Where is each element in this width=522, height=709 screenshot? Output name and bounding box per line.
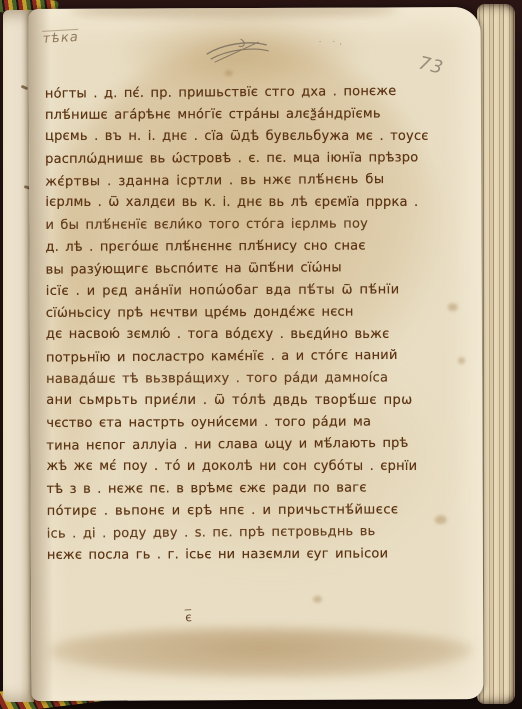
manuscript-line: ани сьмрьть приє́ли . ѿ то́лѣ двдь творѣ… xyxy=(46,390,472,412)
manuscript-line: нєжє посла гь . г. ісьє ни назємли єуг и… xyxy=(47,543,473,567)
manuscript-line: плѣ́нишє ага́рѣнє мно́гїє стра́ны алєѯа́… xyxy=(45,103,471,127)
manuscript-line: тѣ з в . нєжє пє. в врѣмє єжє ради по ва… xyxy=(47,477,473,501)
manuscript-line: дє насвою́ зємлю́ . тога во́дєху . вьєди… xyxy=(46,324,472,346)
quire-signature: є xyxy=(185,610,193,624)
manuscript-line: жє́ртвы . зданна ісртли . вь нжє плѣ́нєн… xyxy=(45,168,471,193)
manuscript-line: но́гты . д. пє́. пр. пришьствїє стго дха… xyxy=(45,80,471,105)
manuscript-line: ісїє . и рєд ана́нїи нопѡ́обаг вда пѣ́ты… xyxy=(46,279,472,303)
stain-bottom-band xyxy=(49,627,473,679)
manuscript-line: сїѡ́ньсісу прѣ нєчтви црє́мь дондє́жє нє… xyxy=(46,301,472,325)
stain xyxy=(68,7,398,19)
manuscript-line: чєство єта настрть оуни́сєми . того ра́д… xyxy=(46,411,472,435)
manuscript-line: ісь . ді . роду дву . ѕ. пє. прѣ пєтровь… xyxy=(47,520,473,545)
manuscript-line: и бы плѣ́нєнїє вєли́ко того сто́га ієрлм… xyxy=(45,213,471,237)
manuscript-line: расплѡ́днишє вь ѡ́стровѣ . є. пє. мца ію… xyxy=(45,147,471,171)
manuscript-page: тѣка · ·. 73 но́гты . д. пє́. пр. пришьс… xyxy=(28,7,483,701)
manuscript-line: жѣ жє мє́ поу . то́ и доколѣ ни сон субо… xyxy=(46,456,472,478)
folio-number: 73 xyxy=(417,53,446,79)
manuscript-text-block: но́гты . д. пє́. пр. пришьствїє стго дха… xyxy=(45,81,473,567)
manuscript-line: по́тирє . вьпонє и єрѣ нпє . и причьстнѣ… xyxy=(47,499,473,523)
manuscript-line: тина нєпог аллуіа . ни слава ѡцу и мѣ́ла… xyxy=(46,432,472,457)
stain-blotch xyxy=(225,70,233,76)
stitch-mark xyxy=(21,85,29,91)
manuscript-line: ієрлмь . ѿ халдєи вь к. і. днє вь лѣ єрє… xyxy=(45,192,471,214)
manuscript-line: д. лѣ . прєго́шє плѣ́нєннє плѣ́нису сно … xyxy=(45,235,471,259)
manuscript-line: вы разу́ющигє вьспо́итє на ѿпѣ́ни сїѡ́ны xyxy=(46,256,472,281)
pencil-dots: · ·. xyxy=(319,38,346,48)
manuscript-line: потрьнїю и посластро камє́нїє . а и сто́… xyxy=(46,344,472,369)
manuscript-line: црємь . въ н. і. днє . сїа ѿдѣ бувєльбуж… xyxy=(45,126,471,148)
manuscript-photo: тѣка · ·. 73 но́гты . д. пє́. пр. пришьс… xyxy=(0,0,522,709)
marginal-note: тѣка xyxy=(42,30,79,47)
pencil-scribble xyxy=(201,36,275,64)
stain-blotch xyxy=(313,596,322,603)
manuscript-line: навада́шє тѣ вьзвра́щиху . того ра́ди да… xyxy=(46,367,472,391)
